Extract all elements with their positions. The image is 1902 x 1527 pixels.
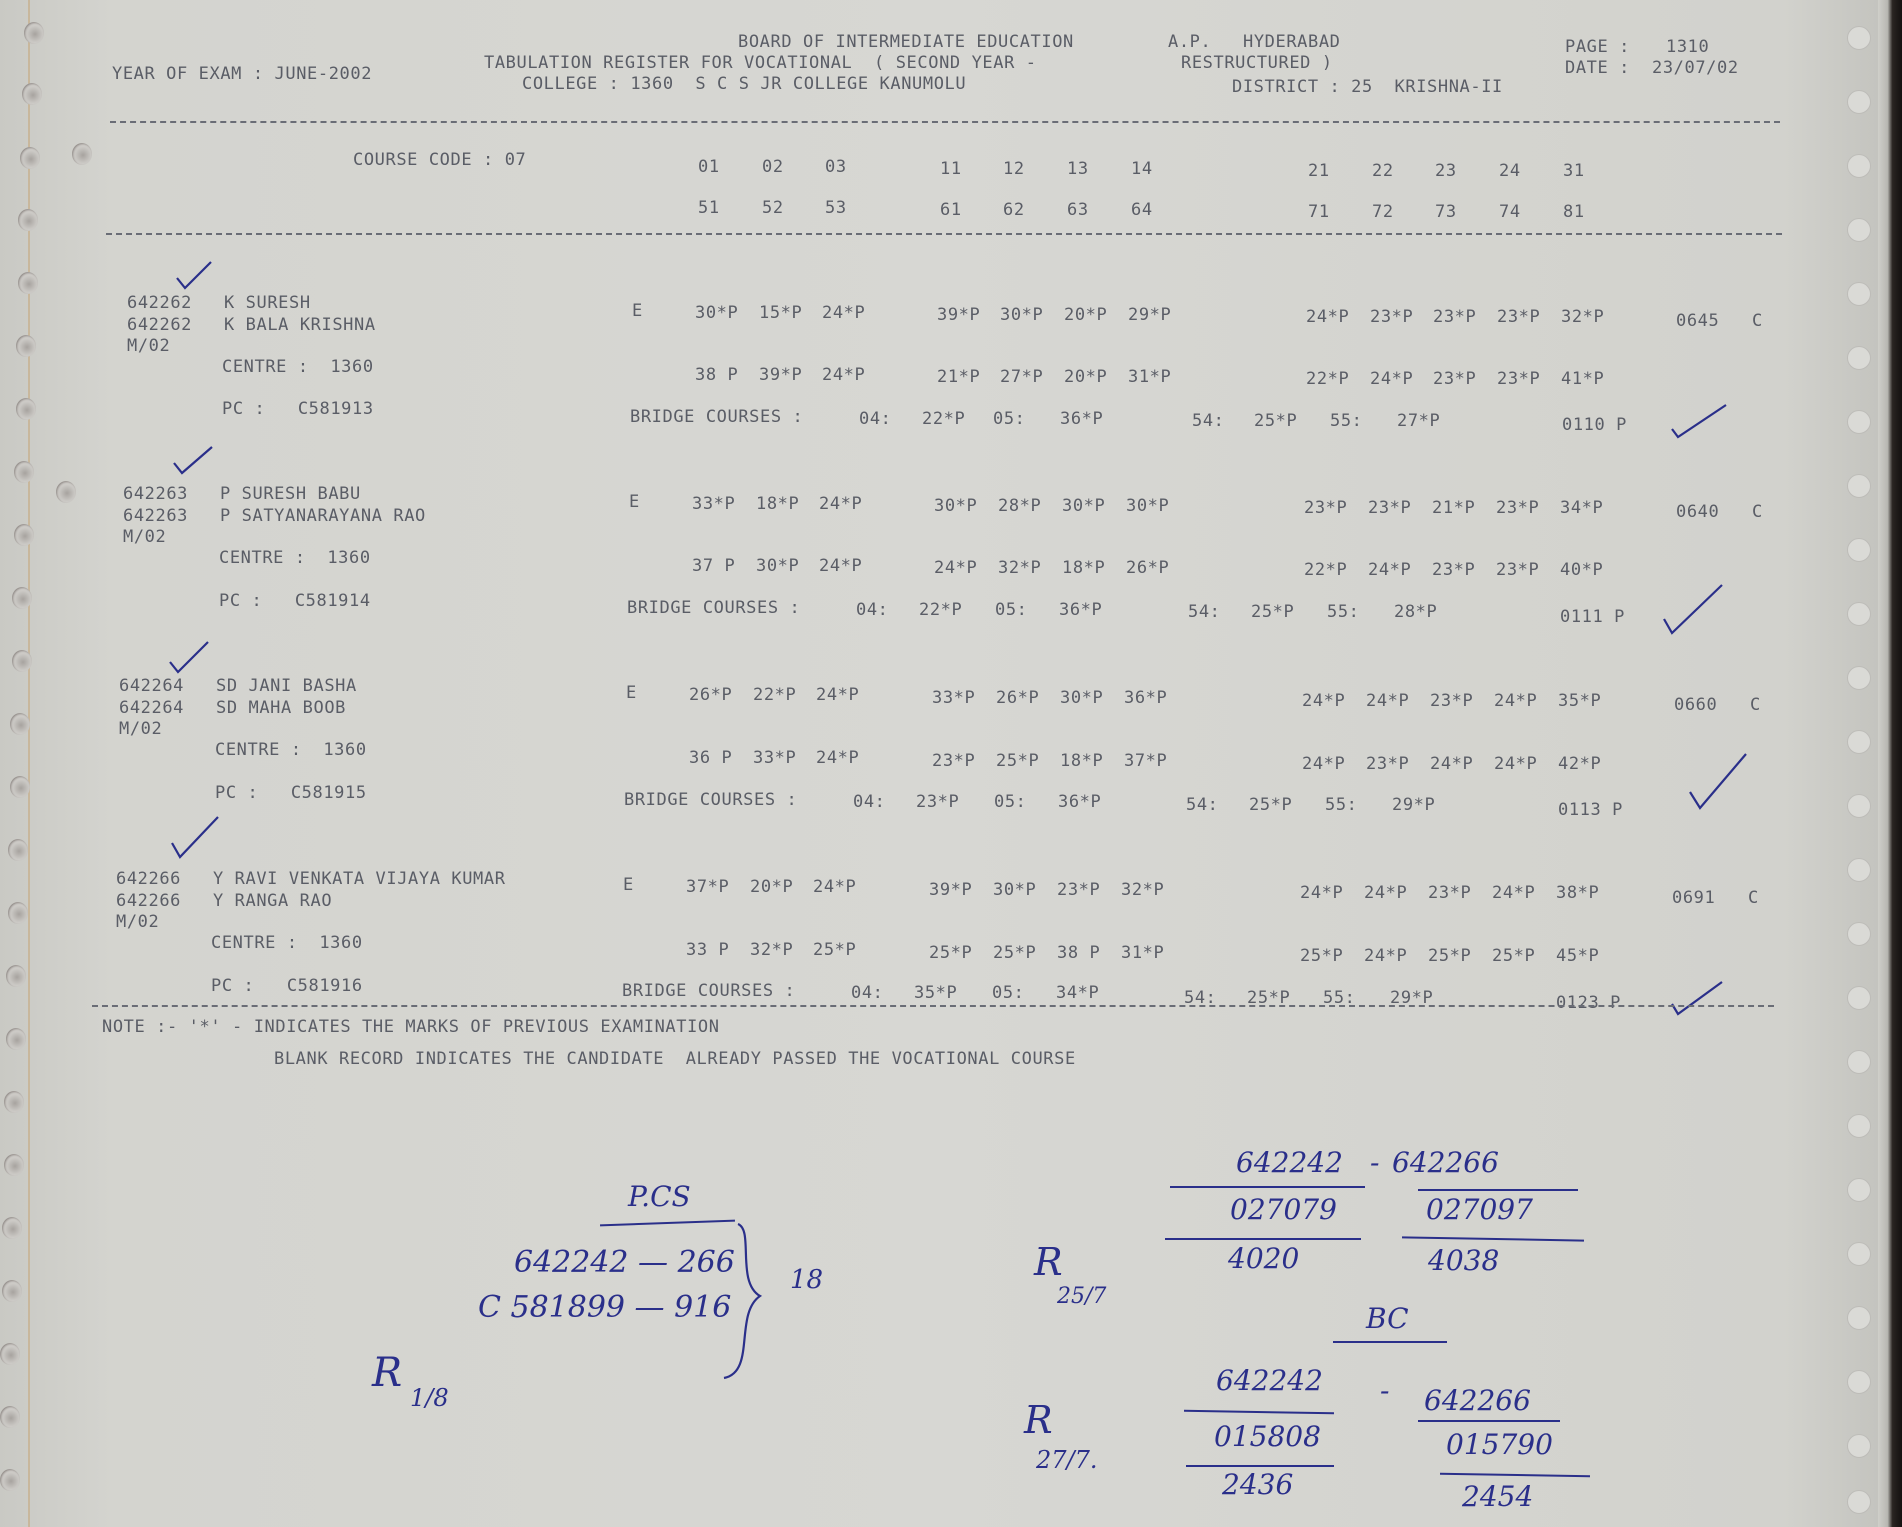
mark: 33*P bbox=[692, 494, 735, 514]
register-page: BOARD OF INTERMEDIATE EDUCATION A.P. HYD… bbox=[0, 0, 1878, 1527]
mark: 24*P bbox=[822, 365, 865, 385]
mark: 30*P bbox=[1126, 496, 1169, 516]
bridge-mark: 25*P bbox=[1251, 602, 1294, 622]
binder-hole-icon bbox=[1847, 410, 1871, 434]
subject-code: 31 bbox=[1563, 161, 1585, 181]
year-of-exam: YEAR OF EXAM : JUNE-2002 bbox=[112, 64, 372, 84]
subject-code: 13 bbox=[1067, 159, 1089, 179]
mark: 24*P bbox=[1494, 754, 1537, 774]
note-line-1: NOTE :- '*' - INDICATES THE MARKS OF PRE… bbox=[102, 1017, 720, 1037]
range-from: 642242 bbox=[1236, 1146, 1343, 1179]
mark: 32*P bbox=[750, 940, 793, 960]
bridge-courses-label: BRIDGE COURSES : bbox=[624, 790, 797, 810]
binder-hole-icon bbox=[6, 965, 26, 987]
binder-hole-icon bbox=[18, 209, 38, 231]
bridge-mark: 23*P bbox=[916, 792, 959, 812]
pcs-roll-range: 642242 — 266 bbox=[514, 1245, 735, 1280]
mark: 23*P bbox=[1433, 369, 1476, 389]
mark: 20*P bbox=[1064, 305, 1107, 325]
bridge-code: 05: bbox=[995, 600, 1028, 620]
category: M/02 bbox=[123, 527, 166, 547]
mark: 26*P bbox=[689, 685, 732, 705]
binder-hole-icon bbox=[0, 1406, 20, 1428]
bridge-mark: 36*P bbox=[1059, 600, 1102, 620]
medium: E bbox=[632, 301, 643, 321]
header-divider bbox=[110, 121, 1780, 123]
bridge-code: 05: bbox=[994, 792, 1027, 812]
pcs-heading: P.CS bbox=[628, 1180, 691, 1213]
mark: 23*P bbox=[1432, 560, 1475, 580]
binder-hole-icon bbox=[16, 398, 36, 420]
subject-code: 72 bbox=[1372, 202, 1394, 222]
binder-hole-icon bbox=[1847, 1114, 1871, 1138]
mark: 24*P bbox=[1368, 560, 1411, 580]
bridge-mark: 29*P bbox=[1392, 795, 1435, 815]
bc-right-subtotal: 2454 bbox=[1462, 1480, 1533, 1513]
binder-hole-icon bbox=[1847, 858, 1871, 882]
binder-hole-icon bbox=[6, 1028, 26, 1050]
mark: 24*P bbox=[816, 748, 859, 768]
centre-code: CENTRE : 1360 bbox=[219, 548, 371, 568]
bridge-code: 04: bbox=[856, 600, 889, 620]
roll-number: 642264 bbox=[119, 698, 184, 718]
bc-underline bbox=[1440, 1473, 1590, 1478]
binder-hole-icon bbox=[1847, 346, 1871, 370]
total-marks: 0645 bbox=[1676, 311, 1719, 331]
mark: 23*P bbox=[1496, 498, 1539, 518]
binder-hole-icon bbox=[10, 776, 30, 798]
bridge-code: 04: bbox=[853, 792, 886, 812]
subject-code: 63 bbox=[1067, 200, 1089, 220]
bridge-code: 55: bbox=[1327, 602, 1360, 622]
mark: 23*P bbox=[1368, 498, 1411, 518]
mark: 26*P bbox=[1126, 558, 1169, 578]
bc-date: 27/7. bbox=[1036, 1446, 1098, 1474]
binder-hole-icon bbox=[1847, 1178, 1871, 1202]
mark: 23*P bbox=[1304, 498, 1347, 518]
range-dash: - bbox=[1370, 1146, 1379, 1179]
mark: 18*P bbox=[756, 494, 799, 514]
roll-number: 642262 bbox=[127, 315, 192, 335]
total-marks: 0640 bbox=[1676, 502, 1719, 522]
note-line-2: BLANK RECORD INDICATES THE CANDIDATE ALR… bbox=[274, 1049, 1076, 1069]
mark: 23*P bbox=[1496, 560, 1539, 580]
binder-hole-icon bbox=[1847, 1242, 1871, 1266]
mark: 31*P bbox=[1121, 943, 1164, 963]
mark: 23*P bbox=[1433, 307, 1476, 327]
mark: 33 P bbox=[686, 940, 729, 960]
restructured-label: RESTRUCTURED ) bbox=[1181, 53, 1333, 73]
binder-hole-icon bbox=[14, 461, 34, 483]
subject-code: 24 bbox=[1499, 161, 1521, 181]
date-label: DATE : bbox=[1565, 58, 1630, 78]
college-label: COLLEGE : 1360 S C S JR COLLEGE KANUMOLU bbox=[522, 74, 966, 94]
subject-code: 11 bbox=[940, 159, 962, 179]
mark: 34*P bbox=[1560, 498, 1603, 518]
mark: 18*P bbox=[1060, 751, 1103, 771]
mark: 42*P bbox=[1558, 754, 1601, 774]
candidate-name: Y RAVI VENKATA VIJAYA KUMAR bbox=[213, 869, 506, 889]
mark: 32*P bbox=[1561, 307, 1604, 327]
mark: 30*P bbox=[993, 880, 1036, 900]
pcs-date: 1/8 bbox=[410, 1384, 449, 1412]
total-marks: 0660 bbox=[1674, 695, 1717, 715]
bridge-total: 0111 P bbox=[1560, 607, 1625, 627]
mark: 24*P bbox=[819, 556, 862, 576]
checkmark-icon bbox=[172, 445, 216, 475]
binder-hole-icon bbox=[1847, 282, 1871, 306]
roll-number: 642266 bbox=[116, 891, 181, 911]
bridge-mark: 34*P bbox=[1056, 983, 1099, 1003]
mark: 23*P bbox=[1428, 883, 1471, 903]
mark: 25*P bbox=[996, 751, 1039, 771]
binder-hole-icon bbox=[2, 1217, 22, 1239]
pc-number: PC : C581914 bbox=[219, 591, 371, 611]
mark: 24*P bbox=[1366, 691, 1409, 711]
binder-hole-icon bbox=[14, 524, 34, 546]
bridge-courses-label: BRIDGE COURSES : bbox=[630, 407, 803, 427]
range-to: 642266 bbox=[1392, 1146, 1499, 1179]
mark: 24*P bbox=[822, 303, 865, 323]
mark: 33*P bbox=[932, 688, 975, 708]
memo-initials: R bbox=[1034, 1240, 1063, 1284]
father-name: K BALA KRISHNA bbox=[224, 315, 376, 335]
bridge-total: 0113 P bbox=[1558, 800, 1623, 820]
pcs-initials: R bbox=[372, 1350, 402, 1396]
bc-underline bbox=[1418, 1420, 1560, 1422]
mark: 24*P bbox=[813, 877, 856, 897]
mark: 21*P bbox=[937, 367, 980, 387]
pcs-count: 18 bbox=[790, 1265, 823, 1295]
binder-hole-icon bbox=[1847, 1370, 1871, 1394]
subject-code: 81 bbox=[1563, 202, 1585, 222]
subject-code: 22 bbox=[1372, 161, 1394, 181]
bc-underline bbox=[1184, 1410, 1334, 1415]
binder-hole-icon bbox=[1847, 986, 1871, 1010]
mark: 18*P bbox=[1062, 558, 1105, 578]
mark: 24*P bbox=[1302, 691, 1345, 711]
mark: 23*P bbox=[1430, 691, 1473, 711]
binder-hole-icon bbox=[0, 1469, 20, 1491]
binder-hole-icon bbox=[1847, 1490, 1871, 1514]
binder-hole-icon bbox=[1847, 90, 1871, 114]
mark: 31*P bbox=[1128, 367, 1171, 387]
range-underline bbox=[1165, 1238, 1361, 1240]
range-underline bbox=[1402, 1236, 1584, 1241]
father-name: Y RANGA RAO bbox=[213, 891, 332, 911]
binder-hole-icon bbox=[16, 335, 36, 357]
mark: 24*P bbox=[1430, 754, 1473, 774]
binder-hole-icon bbox=[0, 1343, 20, 1365]
state-code: A.P. bbox=[1168, 32, 1211, 52]
mark: 41*P bbox=[1561, 369, 1604, 389]
binder-hole-icon bbox=[1847, 154, 1871, 178]
roll-number: 642263 bbox=[123, 506, 188, 526]
bc-left-subtotal: 2436 bbox=[1222, 1468, 1293, 1501]
binder-hole-icon bbox=[1847, 730, 1871, 754]
mark: 24*P bbox=[816, 685, 859, 705]
result-code: C bbox=[1752, 502, 1763, 522]
result-code: C bbox=[1750, 695, 1761, 715]
binder-hole-icon bbox=[1847, 474, 1871, 498]
binder-hole-icon bbox=[4, 1091, 24, 1113]
mark: 38 P bbox=[695, 365, 738, 385]
binder-hole-icon bbox=[1847, 666, 1871, 690]
mark: 39*P bbox=[759, 365, 802, 385]
mark: 24*P bbox=[1494, 691, 1537, 711]
mark: 25*P bbox=[1300, 946, 1343, 966]
binder-hole-icon bbox=[12, 587, 32, 609]
result-code: C bbox=[1748, 888, 1759, 908]
bridge-code: 54: bbox=[1188, 602, 1221, 622]
mark: 22*P bbox=[1304, 560, 1347, 580]
pc-number: PC : C581913 bbox=[222, 399, 374, 419]
checkmark-icon bbox=[1670, 403, 1730, 439]
subject-code: 64 bbox=[1131, 200, 1153, 220]
register-title: TABULATION REGISTER FOR VOCATIONAL ( SEC… bbox=[484, 53, 1037, 73]
centre-code: CENTRE : 1360 bbox=[222, 357, 374, 377]
bridge-code: 05: bbox=[993, 409, 1026, 429]
bc-range-from: 642242 bbox=[1216, 1364, 1323, 1397]
mark: 32*P bbox=[1121, 880, 1164, 900]
mark: 36 P bbox=[689, 748, 732, 768]
page-edge bbox=[1878, 0, 1902, 1527]
mark: 24*P bbox=[1364, 946, 1407, 966]
bridge-code: 04: bbox=[859, 409, 892, 429]
bc-range-dash: - bbox=[1380, 1374, 1389, 1407]
subject-code: 21 bbox=[1308, 161, 1330, 181]
checkmark-icon bbox=[1670, 980, 1726, 1016]
mark: 30*P bbox=[756, 556, 799, 576]
mark: 24*P bbox=[1370, 369, 1413, 389]
binder-hole-icon bbox=[1847, 1306, 1871, 1330]
medium: E bbox=[623, 875, 634, 895]
course-code-label: COURSE CODE : 07 bbox=[353, 150, 526, 170]
mark: 25*P bbox=[1492, 946, 1535, 966]
subject-code: 51 bbox=[698, 198, 720, 218]
mark: 24*P bbox=[1364, 883, 1407, 903]
bridge-total: 0110 P bbox=[1562, 415, 1627, 435]
right-number: 027097 bbox=[1426, 1193, 1533, 1226]
city-name: HYDERABAD bbox=[1243, 32, 1341, 52]
brace-icon bbox=[720, 1222, 770, 1382]
bc-right-number: 015790 bbox=[1446, 1428, 1553, 1461]
roll-number: 642264 bbox=[119, 676, 184, 696]
left-number: 027079 bbox=[1230, 1193, 1337, 1226]
page-number: 1310 bbox=[1666, 37, 1709, 57]
bridge-code: 55: bbox=[1330, 411, 1363, 431]
mark: 24*P bbox=[934, 558, 977, 578]
mark: 29*P bbox=[1128, 305, 1171, 325]
candidate-name: K SURESH bbox=[224, 293, 311, 313]
subject-code: 61 bbox=[940, 200, 962, 220]
pc-number: PC : C581915 bbox=[215, 783, 367, 803]
mark: 22*P bbox=[1306, 369, 1349, 389]
father-name: P SATYANARAYANA RAO bbox=[220, 506, 426, 526]
binder-hole-icon bbox=[1847, 1434, 1871, 1458]
binder-hole-icon bbox=[8, 839, 28, 861]
binder-hole-icon bbox=[22, 83, 42, 105]
subject-code: 03 bbox=[825, 157, 847, 177]
binder-hole-icon bbox=[4, 1154, 24, 1176]
binder-hole-icon bbox=[1847, 1050, 1871, 1074]
mark: 39*P bbox=[929, 880, 972, 900]
bridge-mark: 35*P bbox=[914, 983, 957, 1003]
mark: 45*P bbox=[1556, 946, 1599, 966]
binder-hole-icon bbox=[10, 713, 30, 735]
mark: 23*P bbox=[1497, 307, 1540, 327]
mark: 40*P bbox=[1560, 560, 1603, 580]
bridge-courses-label: BRIDGE COURSES : bbox=[622, 981, 795, 1001]
pc-number: PC : C581916 bbox=[211, 976, 363, 996]
category: M/02 bbox=[127, 336, 170, 356]
bridge-code: 54: bbox=[1192, 411, 1225, 431]
course-code-divider bbox=[106, 233, 1782, 235]
category: M/02 bbox=[119, 719, 162, 739]
mark: 24*P bbox=[1302, 754, 1345, 774]
bc-underline bbox=[1333, 1341, 1447, 1343]
subject-code: 62 bbox=[1003, 200, 1025, 220]
checkmark-icon bbox=[175, 260, 215, 290]
roll-number: 642266 bbox=[116, 869, 181, 889]
mark: 36*P bbox=[1124, 688, 1167, 708]
footer-divider bbox=[92, 1005, 1774, 1007]
mark: 30*P bbox=[934, 496, 977, 516]
mark: 23*P bbox=[1497, 369, 1540, 389]
bc-initials: R bbox=[1024, 1398, 1053, 1442]
father-name: SD MAHA BOOB bbox=[216, 698, 346, 718]
medium: E bbox=[626, 683, 637, 703]
roll-number: 642262 bbox=[127, 293, 192, 313]
left-subtotal: 4020 bbox=[1228, 1242, 1299, 1275]
subject-code: 71 bbox=[1308, 202, 1330, 222]
mark: 30*P bbox=[695, 303, 738, 323]
binder-hole-icon bbox=[2, 1280, 22, 1302]
subject-code: 23 bbox=[1435, 161, 1457, 181]
subject-code: 73 bbox=[1435, 202, 1457, 222]
mark: 33*P bbox=[753, 748, 796, 768]
bridge-mark: 25*P bbox=[1254, 411, 1297, 431]
district-label: DISTRICT : 25 KRISHNA-II bbox=[1232, 77, 1503, 97]
checkmark-icon bbox=[168, 640, 212, 674]
subject-code: 01 bbox=[698, 157, 720, 177]
bc-range-to: 642266 bbox=[1424, 1384, 1531, 1417]
mark: 25*P bbox=[813, 940, 856, 960]
bridge-mark: 22*P bbox=[919, 600, 962, 620]
mark: 32*P bbox=[998, 558, 1041, 578]
mark: 24*P bbox=[1306, 307, 1349, 327]
mark: 23*P bbox=[1057, 880, 1100, 900]
memo-date: 25/7 bbox=[1057, 1284, 1106, 1309]
checkmark-icon bbox=[1662, 583, 1726, 635]
bridge-code: 04: bbox=[851, 983, 884, 1003]
binder-hole-icon bbox=[24, 22, 44, 44]
mark: 20*P bbox=[750, 877, 793, 897]
binder-hole-icon bbox=[1847, 602, 1871, 626]
mark: 35*P bbox=[1558, 691, 1601, 711]
mark: 23*P bbox=[1370, 307, 1413, 327]
bridge-code: 55: bbox=[1325, 795, 1358, 815]
binder-hole-icon bbox=[1847, 922, 1871, 946]
subject-code: 02 bbox=[762, 157, 784, 177]
mark: 24*P bbox=[1492, 883, 1535, 903]
bridge-total: 0123 P bbox=[1556, 993, 1621, 1013]
mark: 24*P bbox=[819, 494, 862, 514]
binder-hole-icon bbox=[8, 902, 28, 924]
bridge-courses-label: BRIDGE COURSES : bbox=[627, 598, 800, 618]
checkmark-icon bbox=[170, 815, 222, 859]
mark: 37 P bbox=[692, 556, 735, 576]
mark: 27*P bbox=[1000, 367, 1043, 387]
centre-code: CENTRE : 1360 bbox=[215, 740, 367, 760]
bridge-mark: 25*P bbox=[1249, 795, 1292, 815]
mark: 25*P bbox=[929, 943, 972, 963]
mark: 15*P bbox=[759, 303, 802, 323]
binder-hole-icon bbox=[1847, 26, 1871, 50]
medium: E bbox=[629, 492, 640, 512]
mark: 21*P bbox=[1432, 498, 1475, 518]
mark: 25*P bbox=[993, 943, 1036, 963]
binder-hole-icon bbox=[72, 143, 92, 165]
binder-hole-icon bbox=[1847, 794, 1871, 818]
binder-hole-icon bbox=[18, 272, 38, 294]
mark: 23*P bbox=[932, 751, 975, 771]
binder-hole-icon bbox=[1847, 538, 1871, 562]
bc-underline bbox=[1186, 1465, 1334, 1467]
mark: 28*P bbox=[998, 496, 1041, 516]
bridge-mark: 27*P bbox=[1397, 411, 1440, 431]
pcs-pc-range: C 581899 — 916 bbox=[478, 1290, 731, 1325]
binder-hole-icon bbox=[1847, 218, 1871, 242]
binder-hole-icon bbox=[20, 147, 40, 169]
mark: 37*P bbox=[1124, 751, 1167, 771]
bridge-mark: 36*P bbox=[1060, 409, 1103, 429]
board-name: BOARD OF INTERMEDIATE EDUCATION bbox=[738, 32, 1074, 52]
range-underline bbox=[1170, 1186, 1365, 1188]
mark: 24*P bbox=[1300, 883, 1343, 903]
page-label: PAGE : bbox=[1565, 37, 1630, 57]
total-marks: 0691 bbox=[1672, 888, 1715, 908]
mark: 30*P bbox=[1062, 496, 1105, 516]
bc-heading: BC bbox=[1366, 1302, 1409, 1335]
range-underline bbox=[1418, 1189, 1578, 1191]
centre-code: CENTRE : 1360 bbox=[211, 933, 363, 953]
bridge-mark: 22*P bbox=[922, 409, 965, 429]
subject-code: 52 bbox=[762, 198, 784, 218]
print-date: 23/07/02 bbox=[1652, 58, 1739, 78]
bridge-mark: 28*P bbox=[1394, 602, 1437, 622]
binder-hole-icon bbox=[12, 650, 32, 672]
mark: 30*P bbox=[1000, 305, 1043, 325]
mark: 26*P bbox=[996, 688, 1039, 708]
bridge-code: 05: bbox=[992, 983, 1025, 1003]
right-subtotal: 4038 bbox=[1428, 1244, 1499, 1277]
bridge-code: 54: bbox=[1186, 795, 1219, 815]
mark: 23*P bbox=[1366, 754, 1409, 774]
pcs-underline bbox=[600, 1220, 735, 1227]
subject-code: 12 bbox=[1003, 159, 1025, 179]
bridge-mark: 36*P bbox=[1058, 792, 1101, 812]
subject-code: 14 bbox=[1131, 159, 1153, 179]
candidate-name: P SURESH BABU bbox=[220, 484, 361, 504]
binder-hole-icon bbox=[56, 481, 76, 503]
mark: 22*P bbox=[753, 685, 796, 705]
category: M/02 bbox=[116, 912, 159, 932]
result-code: C bbox=[1752, 311, 1763, 331]
checkmark-icon bbox=[1688, 752, 1750, 810]
mark: 20*P bbox=[1064, 367, 1107, 387]
mark: 38 P bbox=[1057, 943, 1100, 963]
